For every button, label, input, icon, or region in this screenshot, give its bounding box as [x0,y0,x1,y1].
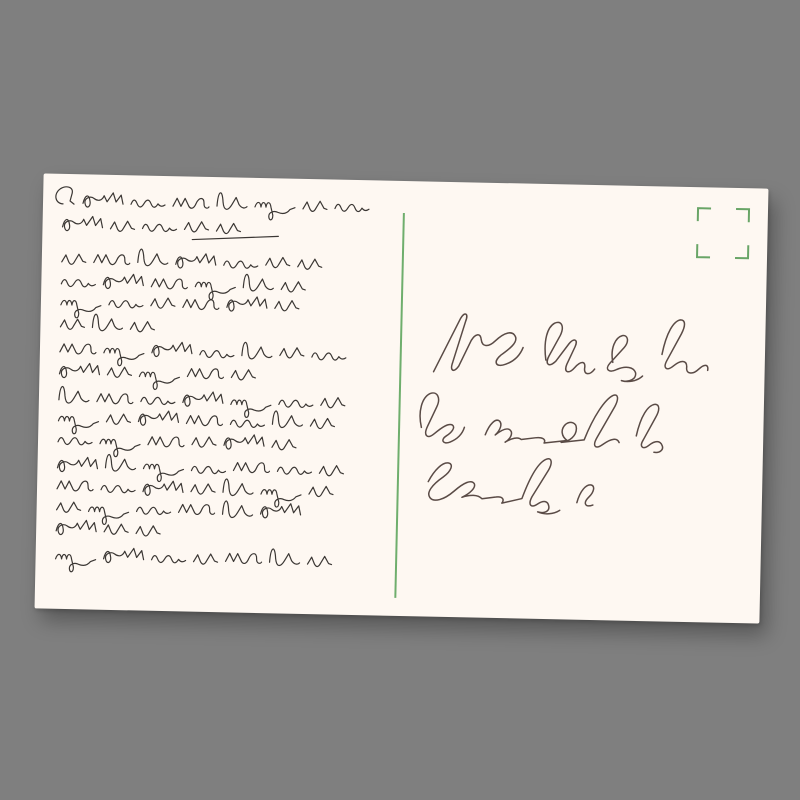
message-scribble-line [59,386,346,419]
address-scribble-line [428,456,595,515]
desk-background [0,0,800,800]
postcard [35,173,769,623]
message-scribble-line [58,406,335,439]
message-scribble-line [62,216,278,242]
stamp-corner-top-right-icon [736,209,749,222]
message-scribble-line [61,270,305,301]
address-block [418,313,709,517]
message-scribble-line [57,453,343,485]
message-scribble-line [59,363,255,392]
message-scribble-line [62,247,322,270]
address-scribble-line [419,391,663,453]
postcard-ink-layer [35,173,769,623]
message-scribble-line [56,520,160,537]
message-text-block [48,187,369,578]
divider-line [395,213,404,598]
address-scribble-line [433,313,708,383]
message-scribble-line [55,187,369,222]
message-scribble-line [55,544,332,577]
message-scribble-line [61,293,299,323]
stamp-corner-bottom-left-icon [697,244,710,257]
stamp-corner-top-left-icon [698,208,711,221]
stamp-box [697,208,749,258]
stamp-corner-bottom-right-icon [735,245,748,258]
message-scribble-line [58,431,296,461]
message-scribble-line [60,338,346,370]
message-scribble-line [57,475,334,508]
